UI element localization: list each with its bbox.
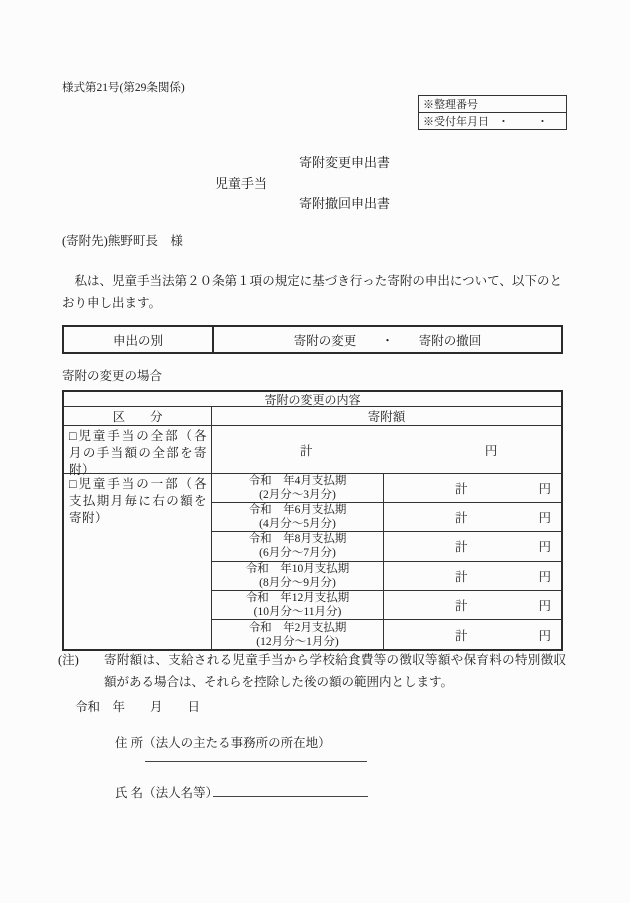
- application-type-table: 申出の別 寄附の変更 ・ 寄附の撤回: [62, 325, 563, 354]
- yen-unit: 円: [538, 567, 561, 585]
- amount-cell: 計 円: [384, 532, 561, 561]
- name-fill-line: [213, 774, 368, 797]
- period-cell: 令和 年4月支払期 (2月分～3月分): [212, 474, 384, 503]
- yen-unit: 円: [538, 626, 561, 644]
- full-donation-amount-cell: 計 円: [212, 426, 561, 474]
- period-months: (4月分～5月分): [259, 517, 336, 531]
- total-label: 計: [384, 567, 538, 585]
- total-label: 計: [384, 596, 538, 614]
- total-label: 計: [384, 479, 538, 497]
- yen-unit: 円: [485, 441, 498, 459]
- period-months: (10月分～11月分): [254, 605, 342, 619]
- period-months: (6月分～7月分): [259, 546, 336, 560]
- amount-header: 寄附額: [212, 407, 561, 426]
- period-months: (2月分～3月分): [259, 488, 336, 502]
- reference-number-row: ※整理番号: [419, 96, 566, 112]
- period-cell: 令和 年6月支払期 (4月分～5月分): [212, 503, 384, 532]
- receipt-date-label: ※受付年月日: [423, 113, 489, 129]
- period-label: 令和 年4月支払期: [249, 474, 347, 488]
- reference-number-label: ※整理番号: [423, 96, 478, 112]
- office-use-box: ※整理番号 ※受付年月日 ・ ・: [418, 95, 567, 130]
- full-donation-label: 児童手当の全部（各月の手当額の全部を寄附）: [69, 429, 207, 477]
- period-cell: 令和 年2月支払期 (12月分～1月分): [212, 620, 384, 649]
- form-number: 様式第21号(第29条関係): [62, 79, 185, 95]
- title-withdrawal: 寄附撤回申出書: [299, 193, 390, 212]
- period-cell: 令和 年8月支払期 (6月分～7月分): [212, 532, 384, 561]
- application-type-header: 申出の別: [64, 327, 214, 352]
- document-page: 様式第21号(第29条関係) ※整理番号 ※受付年月日 ・ ・ 児童手当 寄附変…: [0, 0, 630, 903]
- title-lines: 寄附変更申出書 寄附撤回申出書: [299, 152, 390, 212]
- addressee-line: (寄附先)熊野町長 様: [62, 231, 183, 249]
- yen-unit: 円: [538, 537, 561, 555]
- address-fill-line: [145, 739, 367, 762]
- period-label: 令和 年10月支払期: [246, 562, 350, 576]
- note-block: (注) 寄附額は、支給される児童手当から学校給食費等の徴収等額や保育料の特別徴収…: [58, 649, 566, 693]
- amount-cell: 計 円: [384, 474, 561, 503]
- period-cell: 令和 年10月支払期 (8月分～9月分): [212, 562, 384, 591]
- amount-cell: 計 円: [384, 620, 561, 649]
- category-header: 区 分: [64, 407, 212, 426]
- document-title: 児童手当 寄附変更申出書 寄附撤回申出書: [215, 152, 390, 212]
- total-label: 計: [384, 626, 538, 644]
- amount-cell: 計 円: [384, 591, 561, 620]
- period-months: (12月分～1月分): [256, 635, 338, 649]
- note-prefix: (注): [58, 649, 79, 671]
- note-text: 寄附額は、支給される児童手当から学校給食費等の徴収等額や保育料の特別徴収額がある…: [104, 649, 566, 693]
- period-label: 令和 年8月支払期: [249, 532, 347, 546]
- partial-donation-option: □児童手当の一部（各支払期月毎に右の額を寄附）: [64, 474, 212, 649]
- change-case-label: 寄附の変更の場合: [62, 366, 162, 384]
- period-label: 令和 年12月支払期: [246, 591, 350, 605]
- amount-cell: 計 円: [384, 562, 561, 591]
- checkbox-icon: □: [69, 429, 79, 443]
- receipt-date-separators: ・ ・: [498, 113, 562, 129]
- full-donation-option: □児童手当の全部（各月の手当額の全部を寄附）: [64, 426, 212, 474]
- yen-unit: 円: [538, 479, 561, 497]
- receipt-date-row: ※受付年月日 ・ ・: [419, 112, 566, 129]
- partial-donation-label: 児童手当の一部（各支払期月毎に右の額を寄附）: [69, 477, 207, 525]
- total-label: 計: [300, 441, 313, 459]
- period-months: (8月分～9月分): [259, 576, 336, 590]
- total-label: 計: [384, 537, 538, 555]
- donation-change-table: 寄附の変更の内容 区 分 寄附額 □児童手当の全部（各月の手当額の全部を寄附） …: [62, 390, 563, 651]
- application-type-value: 寄附の変更 ・ 寄附の撤回: [214, 327, 561, 352]
- benefit-name: 児童手当: [215, 173, 267, 192]
- total-label: 計: [384, 508, 538, 526]
- period-label: 令和 年2月支払期: [249, 621, 347, 635]
- amount-cell: 計 円: [384, 503, 561, 532]
- declaration-paragraph: 私は、児童手当法第２０条第１項の規定に基づき行った寄附の申出について、以下のとお…: [62, 270, 562, 314]
- date-line: 令和 年 月 日: [75, 697, 200, 715]
- change-table-title: 寄附の変更の内容: [64, 392, 561, 407]
- name-label: 氏 名（法人名等）: [115, 783, 218, 801]
- yen-unit: 円: [538, 508, 561, 526]
- checkbox-icon: □: [69, 477, 79, 491]
- period-cell: 令和 年12月支払期 (10月分～11月分): [212, 591, 384, 620]
- yen-unit: 円: [538, 596, 561, 614]
- period-label: 令和 年6月支払期: [249, 503, 347, 517]
- title-change: 寄附変更申出書: [299, 152, 390, 171]
